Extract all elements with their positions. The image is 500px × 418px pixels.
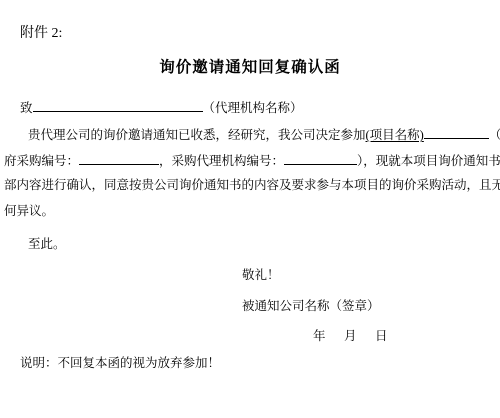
to-line: 致（代理机构名称） — [20, 99, 303, 116]
signature-date-line: 年 月 日 — [313, 329, 391, 344]
body-line-2-tail: ），现就本项目询价通知书的全 — [357, 154, 500, 168]
agency-number-blank — [284, 152, 357, 165]
body-line-3: 部内容进行确认，同意按贵公司询价通知书的内容及要求参与本项目的询价采购活动，且无… — [4, 178, 500, 193]
page-title: 询价邀请通知回复确认函 — [0, 60, 500, 75]
document-page: 附件 2: 询价邀请通知回复确认函 致（代理机构名称） 贵代理公司的询价邀请通知… — [0, 0, 500, 418]
body-line-1: 贵代理公司的询价邀请通知已收悉，经研究，我公司决定参加(项目名称)（政 — [28, 126, 500, 143]
to-suffix: （代理机构名称） — [203, 101, 303, 115]
body-line-2: 府采购编号：，采购代理机构编号：），现就本项目询价通知书的全 — [4, 152, 500, 169]
footer-note: 说明：不回复本函的视为放弃参加！ — [20, 356, 220, 371]
body-line-4: 何异议。 — [4, 204, 54, 219]
agency-name-blank — [33, 99, 203, 112]
closing-zhici: 至此。 — [28, 237, 66, 252]
project-name-label: (项目名称) — [366, 128, 424, 142]
body-line-1-text: 贵代理公司的询价邀请通知已收悉，经研究，我公司决定参加 — [28, 128, 366, 142]
closing-salute: 敬礼！ — [242, 268, 280, 283]
attachment-label: 附件 2: — [20, 26, 62, 41]
signature-company-line: 被通知公司名称（签章） — [242, 299, 380, 314]
project-name-blank — [424, 126, 489, 139]
agency-number-label: ，采购代理机构编号： — [159, 154, 284, 168]
procurement-number-label: 府采购编号： — [4, 154, 79, 168]
procurement-number-blank — [79, 152, 159, 165]
to-prefix: 致 — [20, 101, 33, 115]
body-line-1-tail: （政 — [489, 128, 500, 142]
